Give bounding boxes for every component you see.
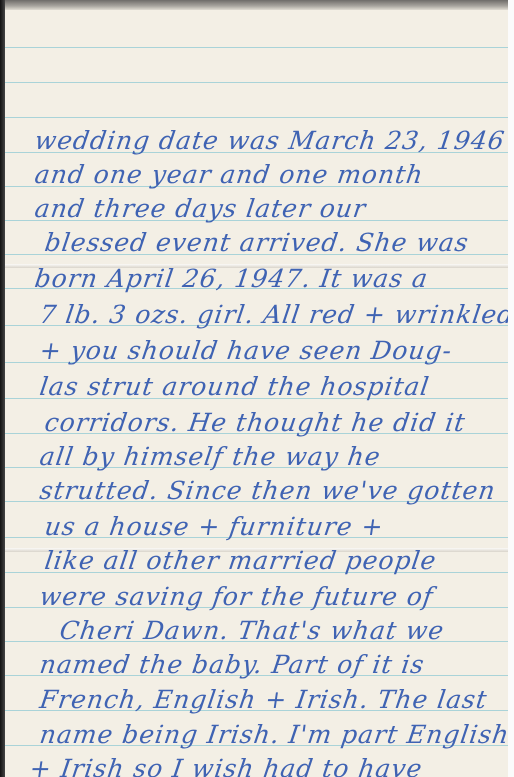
handwritten-line: born April 26, 1947. It was a <box>5 264 508 293</box>
handwritten-line: like all other married people <box>5 546 508 575</box>
handwritten-line: and one year and one month <box>5 160 508 189</box>
handwritten-line: us a house + furniture + <box>5 512 508 541</box>
ruled-line <box>5 47 508 48</box>
handwritten-line: named the baby. Part of it is <box>5 650 508 679</box>
handwritten-line: French, English + Irish. The last <box>5 685 508 714</box>
handwritten-line: all by himself the way he <box>5 442 508 471</box>
ruled-line <box>5 82 508 83</box>
handwritten-line: Cheri Dawn. That's what we <box>5 616 508 645</box>
letter-page: wedding date was March 23, 1946 and one … <box>5 0 508 777</box>
handwritten-line: wedding date was March 23, 1946 <box>5 126 508 155</box>
handwritten-line: were saving for the future of <box>5 582 508 611</box>
scan-right-edge <box>508 0 514 777</box>
handwritten-line: name being Irish. I'm part English <box>5 720 508 749</box>
handwritten-line: blessed event arrived. She was <box>5 228 508 257</box>
handwritten-line: las strut around the hospital <box>5 372 508 401</box>
ruled-line <box>5 117 508 118</box>
handwritten-line: + Irish so I wish had to have <box>5 754 508 777</box>
handwritten-line: corridors. He thought he did it <box>5 408 508 437</box>
handwritten-line: + you should have seen Doug- <box>5 336 508 365</box>
handwritten-line: 7 lb. 3 ozs. girl. All red + wrinkled <box>5 300 508 329</box>
pad-binding <box>5 0 508 10</box>
handwritten-line: strutted. Since then we've gotten <box>5 476 508 505</box>
handwritten-line: and three days later our <box>5 194 508 223</box>
